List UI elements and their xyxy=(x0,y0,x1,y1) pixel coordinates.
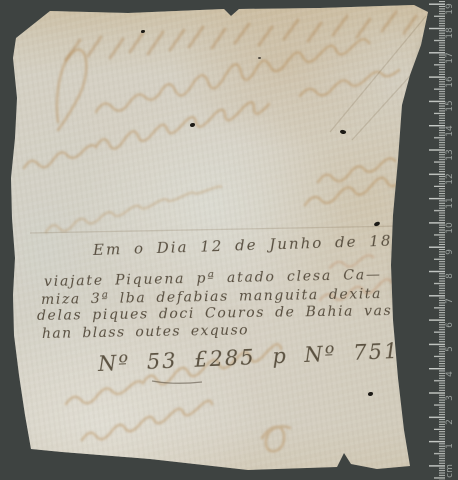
measurement-ruler: 19181716151413121110987654321cm xyxy=(428,0,458,480)
ruler-label: 19 xyxy=(444,2,456,16)
ruler-label: 13 xyxy=(444,148,456,162)
ruler-label: 10 xyxy=(444,221,456,235)
ruler-label: 7 xyxy=(444,294,456,308)
ruler-ticks xyxy=(428,0,458,480)
ruler-label: cm xyxy=(444,464,456,478)
scan-background: Em o Dia 12 de Junho de 1809viajate Piqu… xyxy=(0,0,458,480)
ruler-label: 11 xyxy=(444,196,456,210)
manuscript-text-block: Em o Dia 12 de Junho de 1809viajate Piqu… xyxy=(0,0,458,480)
ruler-label: 14 xyxy=(444,124,456,138)
ruler-label: 6 xyxy=(444,318,456,332)
manuscript-text-line: Em o Dia 12 de Junho de 1809 xyxy=(93,231,416,259)
ruler-label: 4 xyxy=(444,367,456,381)
ruler-label: 12 xyxy=(444,172,456,186)
ruler-label: 1 xyxy=(444,439,456,453)
ruler-label: 8 xyxy=(444,269,456,283)
manuscript-paper: Em o Dia 12 de Junho de 1809viajate Piqu… xyxy=(0,0,458,480)
ruler-label: 5 xyxy=(444,342,456,356)
manuscript-text-line: Nº 53 £285 p Nº 751 xyxy=(97,339,399,376)
ruler-label: 17 xyxy=(444,51,456,65)
ruler-label: 18 xyxy=(444,26,456,40)
ruler-label: 16 xyxy=(444,75,456,89)
ruler-label: 15 xyxy=(444,99,456,113)
manuscript-text-line: han blass outes exquso xyxy=(42,322,249,342)
ruler-label: 9 xyxy=(444,245,456,259)
ruler-label: 2 xyxy=(444,415,456,429)
ruler-label: 3 xyxy=(444,391,456,405)
